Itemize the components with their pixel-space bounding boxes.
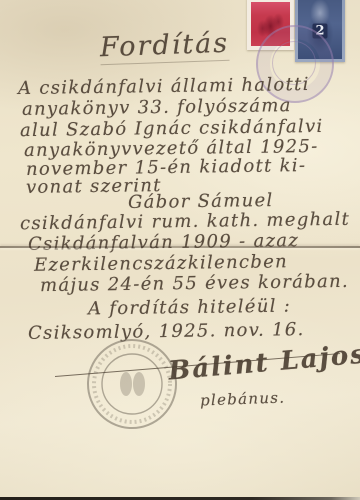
handwritten-line: csikdánfalvi rum. kath. meghalt — [20, 209, 350, 235]
signature-name: Bálint Lajos — [167, 339, 360, 386]
document-page: 2 Fordítás A csikdánfalvi állami halotti… — [0, 0, 360, 500]
attestation-line: A fordítás hiteléül : — [88, 296, 291, 320]
signature-role: plebánus. — [200, 389, 286, 410]
seal-figure — [133, 372, 145, 396]
seal-figure — [120, 372, 132, 396]
document-title: Fordítás — [99, 28, 229, 65]
official-seal — [84, 336, 180, 432]
handwritten-line: május 24-én 55 éves korában. — [40, 271, 349, 296]
fold-crease — [0, 246, 360, 248]
